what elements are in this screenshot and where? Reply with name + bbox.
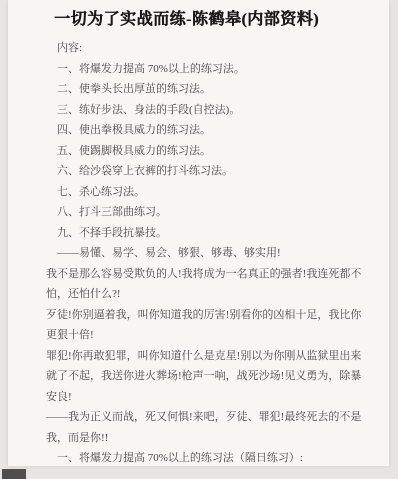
- document-body: 内容: 一、将爆发力提高 70%以上的练习法。 二、使拳头长出厚茧的练习法。 三…: [46, 38, 363, 469]
- list-item: 七、杀心练习法。: [57, 182, 363, 203]
- content-label: 内容:: [57, 38, 363, 59]
- paragraph: 我不是那么容易受欺负的人!我将成为一名真正的强者!我连死都不怕，还怕什么?!: [46, 264, 363, 305]
- declaration-line: ——我为正义而战，死又何惧!来吧，歹徒、罪犯!最终死去的不是我，而是你!!: [46, 407, 363, 448]
- paragraph: 歹徒!你别逼着我，叫你知道我的厉害!别看你的凶相十足，我比你更狠十倍!: [46, 305, 363, 346]
- page-corner-mark: [2, 469, 26, 479]
- slogan-line: ——易懂、易学、易会、够狠、够毒、够实用!: [57, 243, 363, 264]
- list-item: 八、打斗三部曲练习。: [57, 202, 363, 223]
- paragraph: 罪犯!你再敢犯罪，叫你知道什么是克星!别以为你刚从监狱里出来就了不起，我送你进火…: [46, 346, 363, 408]
- list-item: 三、练好步法、身法的手段(自控法)。: [57, 100, 363, 121]
- scanned-document-page: 一切为了实战而练-陈鹤皋(内部资料) 内容: 一、将爆发力提高 70%以上的练习…: [0, 0, 398, 479]
- list-item: 四、使出拳极具威力的练习法。: [57, 120, 363, 141]
- section-heading: 一、将爆发力提高 70%以上的练习法（隔日练习）:: [57, 448, 363, 469]
- list-item: 五、使踢脚极具威力的练习法。: [57, 141, 363, 162]
- list-item: 一、将爆发力提高 70%以上的练习法。: [57, 59, 363, 80]
- document-paper: 一切为了实战而练-陈鹤皋(内部资料) 内容: 一、将爆发力提高 70%以上的练习…: [8, 0, 389, 466]
- list-item: 六、给沙袋穿上衣裤的打斗练习法。: [57, 161, 363, 182]
- document-title: 一切为了实战而练-陈鹤皋(内部资料): [54, 8, 363, 32]
- list-item: 九、不择手段抗暴技。: [57, 223, 363, 244]
- list-item: 二、使拳头长出厚茧的练习法。: [57, 79, 363, 100]
